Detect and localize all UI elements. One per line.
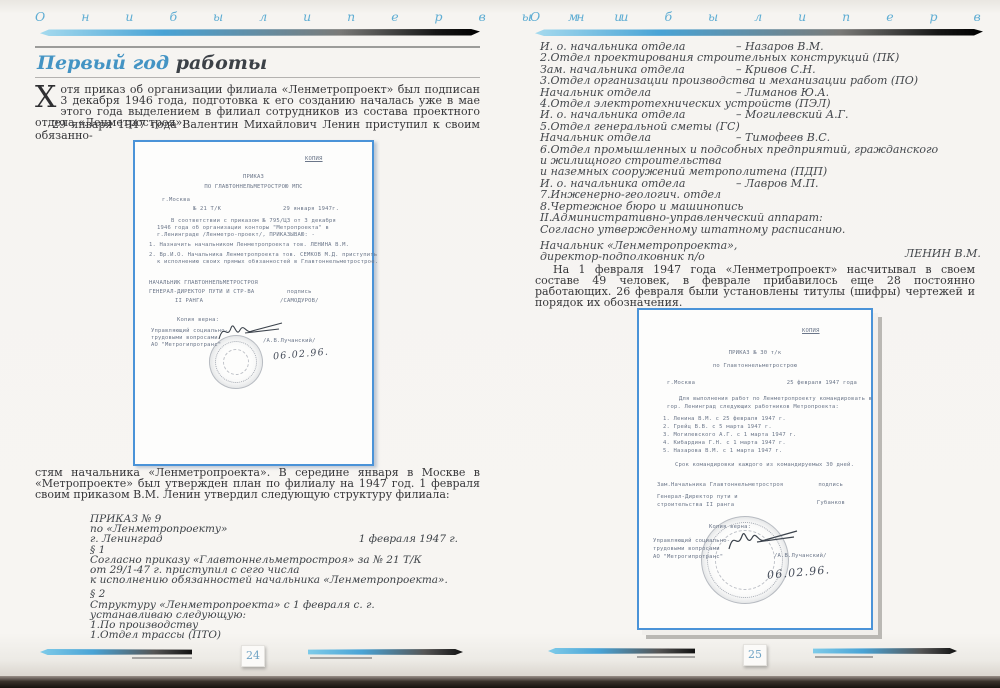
doc2-item: 3. Могилевского А.Г. с 1 марта 1947 г.: [663, 432, 796, 439]
copy-label: КОПИЯ: [802, 328, 820, 335]
footer-line-left: [132, 657, 192, 659]
doc2-signatory-name: Губанков: [817, 500, 845, 507]
book-bottom-edge: [0, 676, 1000, 688]
doc1-cert-name: /А.В.Лучанский/: [263, 338, 316, 345]
footer-wedge-right: [813, 648, 957, 654]
doc1-item-1: 1. Назначить начальником Ленметропроекта…: [149, 242, 349, 249]
footer-wedge-right: [308, 649, 463, 655]
page-title-dark: работы: [169, 52, 267, 74]
title-underline: [35, 77, 480, 78]
doc2-podpis: подпись: [818, 482, 843, 489]
doc1-signatory-name: /САМОДУРОВ/: [280, 298, 319, 305]
doc1-signatory-3: II РАНГА: [175, 298, 203, 305]
scanned-order-30: КОПИЯ ПРИКАЗ № 30 т/к по Главтоннельметр…: [637, 308, 873, 630]
doc1-title: ПРИКАЗ: [135, 174, 372, 181]
list-item: 7.Инженерно-геологич. отдел: [540, 189, 980, 200]
order9-line: к исполнению обязанностей начальника «Ле…: [90, 575, 458, 585]
footer-line-right: [310, 657, 372, 659]
scanned-order-21: КОПИЯ ПРИКАЗ ПО ГЛАВТОННЕЛЬМЕТРОСТРОЮ МП…: [133, 140, 374, 466]
order9-line: Структуру «Ленметропроекта» с 1 февраля …: [90, 600, 458, 620]
chief-sign-name: ЛЕНИН В.М.: [905, 248, 981, 259]
doc2-body-2: гор. Ленинград следующих работников Метр…: [667, 404, 839, 411]
doc2-city: г.Москва: [667, 380, 695, 387]
doc1-copy-true: Копия верна:: [177, 317, 219, 324]
page-title-blue: Первый год: [37, 52, 169, 74]
doc1-handwritten-date: 06.02.96.: [273, 347, 330, 363]
doc1-signatory-1: НАЧАЛЬНИК ГЛАВТОННЕЛЬМЕТРОСТРОЯ: [149, 280, 258, 287]
paragraph: На 1 февраля 1947 года «Ленметропроект» …: [535, 264, 975, 308]
doc1-signatory-2: ГЕНЕРАЛ-ДИРЕКТОР ПУТИ И СТР-ВА: [149, 289, 254, 296]
paragraph-3: стям начальника «Ленметропроекта». В сер…: [35, 467, 480, 500]
left-page: О н и б ы л и п е р в ы м и Первый год р…: [35, 0, 482, 688]
running-head: О н и б ы л и п е р в ы м и: [35, 9, 482, 24]
right-page: О н и б ы л и п е р в ы м и И. о. началь…: [530, 0, 985, 688]
doc1-item-2b: к исполнению своих прямых обязанностей в…: [157, 259, 378, 266]
doc2-date: 25 февраля 1947 года: [787, 380, 857, 387]
header-rule-wedge: [40, 29, 480, 36]
doc1-date: 29 января 1947г.: [283, 206, 339, 213]
header-rule-wedge: [535, 29, 983, 36]
running-head: О н и б ы л и п е р в ы м и: [530, 9, 985, 24]
doc2-item: 1. Ленина В.М. с 25 февраля 1947 г.: [663, 416, 786, 423]
doc2-signatory-2a: Генерал-Директор пути и: [657, 494, 738, 501]
list-item: II.Административно-управленческий аппара…: [540, 212, 980, 223]
section-rule: [35, 46, 480, 48]
page-title: Первый год работы: [37, 52, 267, 74]
paragraph-2: 29 января 1947 года Валентин Михайлович …: [35, 119, 480, 141]
doc1-cert-2: трудовыми вопросами: [151, 335, 218, 342]
page-number-right: 25: [743, 644, 767, 666]
list-item: Начальник отдела– Тимофеев В.С.: [540, 132, 980, 143]
order9-line: 1.Отдел трассы (ПТО): [90, 630, 458, 640]
order9-place-date: г. Ленинград 1 февраля 1947 г.: [90, 534, 458, 544]
footer-wedge-left: [548, 648, 695, 654]
doc1-item-2a: 2. Вр.И.О. Начальника Ленметропроекта то…: [149, 252, 377, 259]
doc2-subtitle: по Главтоннельметрострою: [639, 363, 871, 370]
doc1-cert-3: АО "Метрогипротранс": [151, 342, 221, 349]
doc2-term: Срок командировки каждого из командируем…: [675, 462, 854, 469]
doc2-item: 5. Назарова В.М. с 1 марта 1947 г.: [663, 448, 782, 455]
chief-sign-line-2: директор-подполковник п/о: [540, 251, 705, 262]
doc1-number: № 21 Т/К: [193, 206, 221, 213]
order9-date: 1 февраля 1947 г.: [359, 534, 458, 544]
doc2-item: 2. Грейц В.В. с 5 марта 1947 г.: [663, 424, 772, 431]
doc2-signatory-1: Зам.Начальника Главтоннельметростроя: [657, 482, 783, 489]
doc2-body-1: Для выполнения работ по Ленметропроекту …: [679, 396, 872, 403]
doc1-podpis: подпись: [287, 289, 312, 296]
order-9-block: ПРИКАЗ № 9 по «Ленметропроекту» г. Ленин…: [90, 514, 458, 640]
list-item: Согласно утвержденному штатному расписан…: [540, 224, 980, 235]
doc2-item: 4. Кибардина Г.Н. с 1 марта 1947 г.: [663, 440, 786, 447]
drop-cap: Х: [35, 85, 56, 111]
doc2-signatory-2b: строительства II ранга: [657, 502, 734, 509]
department-list: И. о. начальника отдела– Назаров В.М. 2.…: [540, 41, 980, 235]
footer-line-left: [637, 656, 695, 658]
doc1-body: В соответствии с приказом № 795/ЦЗ от 3 …: [157, 218, 353, 239]
doc1-subtitle: ПО ГЛАВТОННЕЛЬМЕТРОСТРОЮ МПС: [135, 184, 372, 191]
page-number-left: 24: [241, 645, 265, 667]
copy-label: КОПИЯ: [305, 156, 323, 163]
footer-line-right: [815, 656, 873, 658]
footer-wedge-left: [40, 649, 192, 655]
doc2-title: ПРИКАЗ № 30 т/к: [639, 350, 871, 357]
doc1-city: г.Москва: [162, 197, 190, 204]
